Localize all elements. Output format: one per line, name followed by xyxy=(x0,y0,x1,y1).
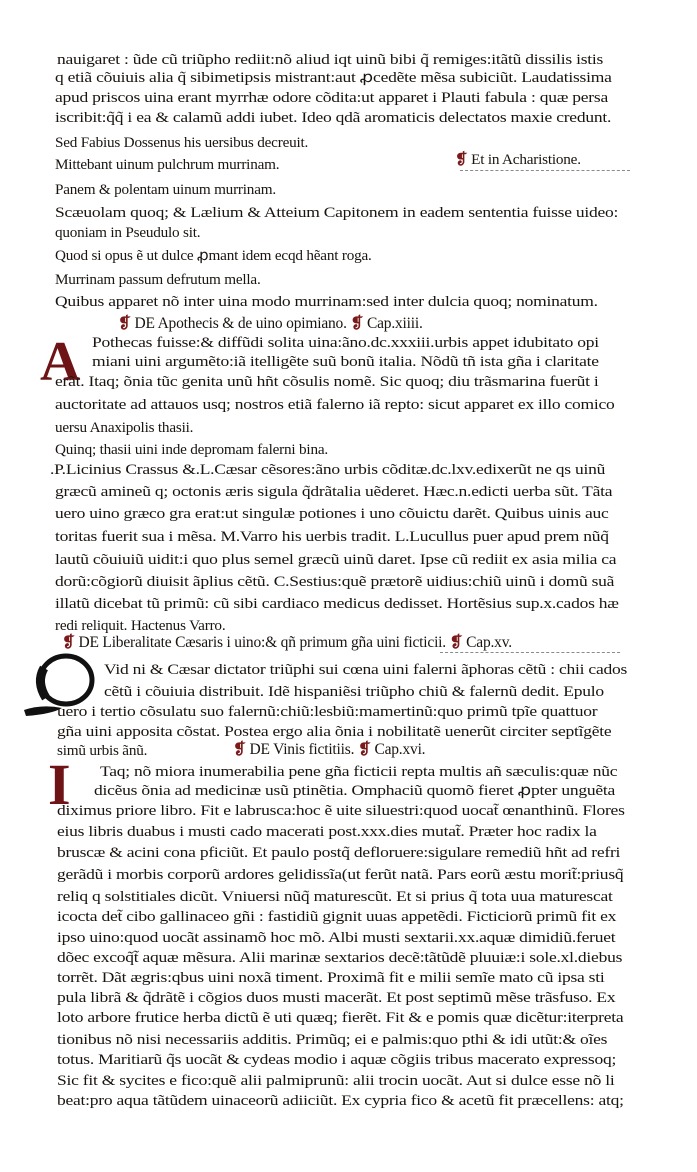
text-line: torrẽt. Dãt ægris:qbus uini noxã timent.… xyxy=(57,968,605,988)
manuscript-page: nauigaret : ũde cũ triũpho rediit:nõ ali… xyxy=(0,0,697,1172)
text-line: gerãdũ i morbis corporũ ardores gelidiss… xyxy=(57,865,623,885)
pilcrow-icon: ❡ xyxy=(350,315,363,332)
text-line: nauigaret : ũde cũ triũpho rediit:nõ ali… xyxy=(57,50,603,70)
pilcrow-icon: ❡ xyxy=(118,315,131,332)
chapter-heading: ❡ DE Apothecis & de uino opimiano. ❡ Cap… xyxy=(118,314,423,334)
text-line: uero i tertio cõsulatu suo falernũ:chiũ:… xyxy=(57,702,597,722)
text-line: Mittebant uinum pulchrum murrinam. xyxy=(55,155,279,175)
text-line: gña uini apposita cõstat. Postea ergo al… xyxy=(57,722,611,742)
text-line: beat:pro aqua tãtũdem uinaceorũ adiiciũt… xyxy=(57,1091,624,1111)
text-line: q etiã cõuiuis alia q̃ sibimetipsis mist… xyxy=(55,68,612,88)
text-line: græcũ amineũ q; octonis æris sigula q̃dr… xyxy=(55,482,612,502)
text-line: reliq q solstitiales dicũt. Vniuersi nũq… xyxy=(57,887,613,907)
text-line: bruscæ & acini cona pficiũt. Et paulo po… xyxy=(57,843,620,863)
text-line: Pothecas fuisse:& diffũdi solita uina:ãn… xyxy=(92,333,599,353)
chapter-number: Cap.xv. xyxy=(466,634,512,651)
text-line: Vid ni & Cæsar dictator triũphi sui cœna… xyxy=(104,660,627,680)
text-line: Panem & polentam uinum murrinam. xyxy=(55,180,276,200)
text-line: Sed Fabius Dossenus his uersibus decreui… xyxy=(55,133,308,153)
text-line: Murrinam passum defrutum mella. xyxy=(55,270,261,290)
text-line: auctoritate ad attauos usq; nostros etiã… xyxy=(55,395,615,415)
text-line: dõec excoq̃t̃ aquæ mẽsura. Alii marinæ s… xyxy=(57,948,622,968)
text-line: diximus priore libro. Fit e labrusca:hoc… xyxy=(57,801,625,821)
pilcrow-icon: ❡ xyxy=(455,151,468,168)
chapter-number: Cap.xiiii. xyxy=(367,315,423,332)
text-line: Taq; nõ miora inumerabilia pene gña fict… xyxy=(100,762,617,782)
text-line: uero uino græco gra erat:ut singulæ poti… xyxy=(55,504,609,524)
text-line: uersu Anaxipolis thasii. xyxy=(55,418,193,438)
text-line: lautũ cõuiuiũ uidit:i quo plus semel græ… xyxy=(55,550,616,570)
pilcrow-icon: ❡ xyxy=(450,634,463,651)
text-line: erãt. Itaq; õnia tũc genita unũ hñt cõsu… xyxy=(55,372,599,392)
text-line: dicẽus õnia ad medicinæ usũ ptinẽtia. Om… xyxy=(94,781,615,801)
text-line: totus. Maritiarũ q̃s uocãt & cydeas modi… xyxy=(57,1050,616,1070)
pilcrow-icon: ❡ xyxy=(358,741,371,758)
chapter-number: Cap.xvi. xyxy=(374,741,425,758)
text-line: Scæuolam quoq; & Lælium & Atteium Capito… xyxy=(55,203,618,223)
rubric-text: Et in Acharistione. xyxy=(471,151,581,168)
text-line: .P.Licinius Crassus &.L.Cæsar cẽsores:ãn… xyxy=(50,460,605,480)
text-line: icocta det̃ cibo gallinaceo gñi : fastid… xyxy=(57,907,616,927)
text-line: iscribit:q̃q̃ i ea & calamũ addi iubet. … xyxy=(55,108,611,128)
text-line: illatũ dicebat tũ primũ: cũ sibi cardiac… xyxy=(55,594,619,614)
text-line: Quinq; thasii uini inde depromam falerni… xyxy=(55,440,328,460)
heading-text: DE Liberalitate Cæsaris i uino:& qñ prim… xyxy=(78,634,445,651)
rule-line xyxy=(460,170,630,171)
text-line: ipso uino:quod uocãt assinamõ hoc mõ. Al… xyxy=(57,928,615,948)
text-line: dorũ:cõgiorũ diuisit ãplius cẽtũ. C.Sest… xyxy=(55,572,614,592)
text-line: apud priscos uina erant myrrhæ odore cõd… xyxy=(55,88,608,108)
chapter-heading: ❡ DE Vinis fictitiis. ❡ Cap.xvi. xyxy=(233,740,425,760)
text-line: toritas fuerit sua i mẽsa. M.Varro his u… xyxy=(55,527,609,547)
chapter-heading: ❡ DE Liberalitate Cæsaris i uino:& qñ pr… xyxy=(62,633,512,653)
text-line: cẽtũ i cõuiuia distribuit. Idẽ hispaniẽs… xyxy=(104,682,604,702)
pilcrow-icon: ❡ xyxy=(62,634,75,651)
heading-text: DE Vinis fictitiis. xyxy=(249,741,354,758)
pilcrow-icon: ❡ xyxy=(233,741,246,758)
text-line: Quod si opus ẽ ut dulce ꝓmant idem ecqd … xyxy=(55,246,372,266)
text-line: Quibus apparet nõ inter uina modo murrin… xyxy=(55,292,598,312)
text-line: pula librã & q̃drãtẽ i cõgios duos musti… xyxy=(57,988,615,1008)
rubric-heading: ❡ Et in Acharistione. xyxy=(455,150,581,170)
rule-line xyxy=(440,652,620,653)
text-line: loto arbore frutice herba dictũ ẽ uti qu… xyxy=(57,1008,623,1028)
text-line: eius libris duabus i musti cado macerati… xyxy=(57,822,597,842)
text-line: Sic fit & sycites e fico:quẽ alii palmip… xyxy=(57,1071,614,1091)
text-line: tionibus nõ nisi necessariis additis. Pr… xyxy=(57,1030,607,1050)
text-line: quoniam in Pseudulo sit. xyxy=(55,223,200,243)
text-line: miani uini argumẽto:iã itelligẽte suũ bo… xyxy=(92,352,599,372)
heading-text: DE Apothecis & de uino opimiano. xyxy=(134,315,346,332)
